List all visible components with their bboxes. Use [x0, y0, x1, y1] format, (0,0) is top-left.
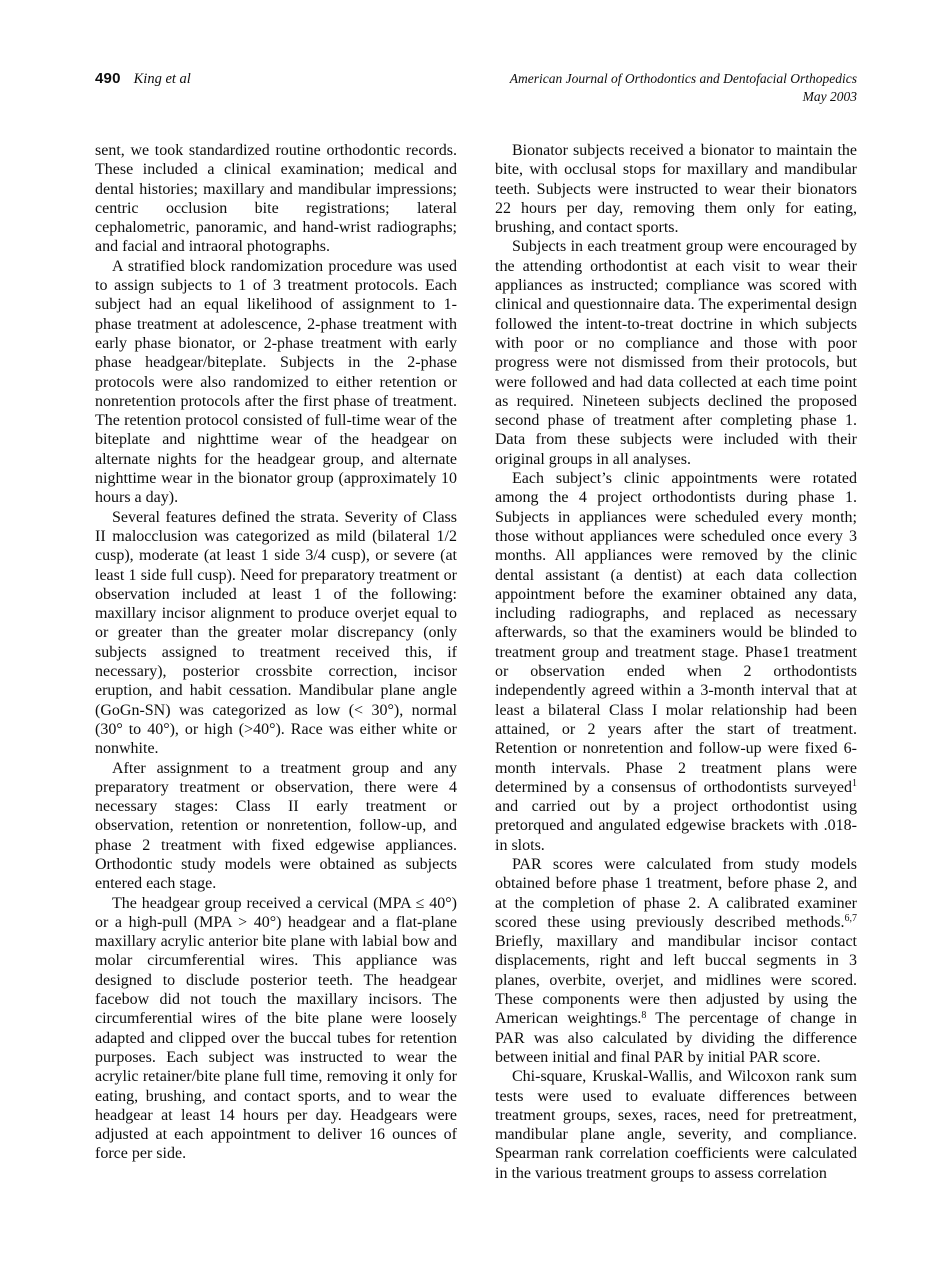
- reference-superscript: 6,7: [845, 913, 858, 924]
- text-run: Several features defined the strata. Sev…: [95, 509, 457, 758]
- text-run: The headgear group received a cervical (…: [95, 895, 457, 1163]
- page-number: 490: [95, 70, 121, 87]
- paragraph: After assignment to a treatment group an…: [95, 759, 457, 894]
- reference-superscript: 1: [852, 778, 857, 789]
- running-authors: King et al: [134, 71, 191, 88]
- paragraph: Subjects in each treatment group were en…: [495, 237, 857, 469]
- issue-date: May 2003: [510, 88, 857, 106]
- text-run: Bionator subjects received a bionator to…: [495, 142, 857, 236]
- paragraph: Several features defined the strata. Sev…: [95, 508, 457, 759]
- text-run: and carried out by a project orthodontis…: [495, 798, 857, 854]
- paragraph: Bionator subjects received a bionator to…: [495, 141, 857, 237]
- paragraph: PAR scores were calculated from study mo…: [495, 855, 857, 1067]
- paragraph: A stratified block randomization procedu…: [95, 257, 457, 508]
- text-run: PAR scores were calculated from study mo…: [495, 856, 857, 931]
- paragraph: sent, we took standardized routine ortho…: [95, 141, 457, 257]
- journal-title: American Journal of Orthodontics and Den…: [510, 70, 857, 88]
- text-run: Chi-square, Kruskal-Wallis, and Wilcoxon…: [495, 1068, 857, 1181]
- journal-page: 490 King et al American Journal of Ortho…: [0, 0, 950, 1272]
- paragraph: Each subject’s clinic appointments were …: [495, 469, 857, 855]
- reference-superscript: 8: [641, 1010, 646, 1021]
- running-head-left: 490 King et al: [95, 70, 191, 88]
- paragraph: Chi-square, Kruskal-Wallis, and Wilcoxon…: [495, 1067, 857, 1183]
- left-column: sent, we took standardized routine ortho…: [95, 141, 457, 1183]
- right-column: Bionator subjects received a bionator to…: [495, 141, 857, 1183]
- text-run: After assignment to a treatment group an…: [95, 760, 457, 893]
- text-run: Subjects in each treatment group were en…: [495, 238, 857, 467]
- text-run: A stratified block randomization procedu…: [95, 258, 457, 507]
- text-columns: sent, we took standardized routine ortho…: [95, 141, 857, 1183]
- running-head-right: American Journal of Orthodontics and Den…: [510, 70, 857, 105]
- text-run: Each subject’s clinic appointments were …: [495, 470, 857, 796]
- paragraph: The headgear group received a cervical (…: [95, 894, 457, 1164]
- text-run: sent, we took standardized routine ortho…: [95, 142, 457, 255]
